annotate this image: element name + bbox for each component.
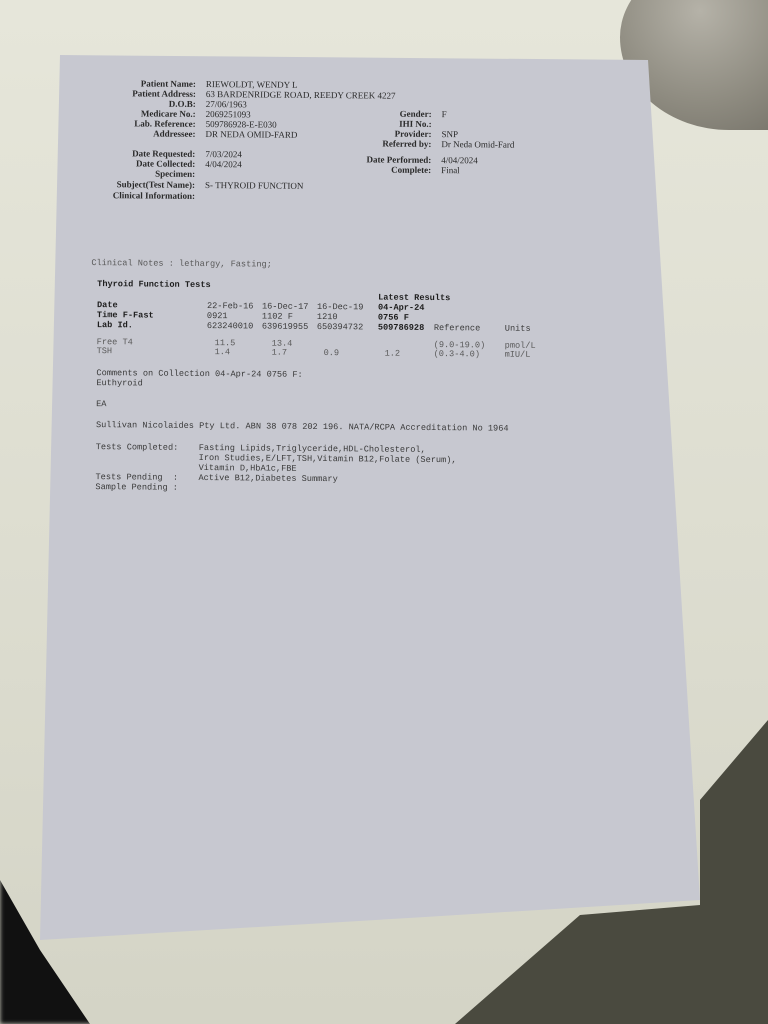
tests-completed-label: Tests Completed: bbox=[96, 442, 179, 453]
label-clinical-information: Clinical Information: bbox=[113, 190, 195, 201]
column-4-time: 0756 F bbox=[378, 313, 409, 323]
column-2-date: 16-Dec-17 bbox=[262, 302, 309, 312]
label-gender: Gender: bbox=[400, 109, 432, 119]
label-referred-by: Referred by: bbox=[382, 139, 431, 149]
section-title: Thyroid Function Tests bbox=[97, 279, 211, 290]
column-2-time: 1102 F bbox=[262, 312, 293, 322]
row-label-lab-id: Lab Id. bbox=[97, 320, 133, 330]
label-date-collected: Date Collected: bbox=[136, 158, 195, 169]
column-1-lab-id: 623240010 bbox=[207, 321, 254, 331]
units-header: Units bbox=[505, 324, 531, 334]
lab-reference: 509786928-E-E030 bbox=[206, 119, 277, 130]
label-provider: Provider: bbox=[395, 129, 432, 139]
latest-results-label: Latest Results bbox=[378, 293, 450, 304]
comment-text: Euthyroid bbox=[96, 378, 143, 388]
clinical-notes: Clinical Notes : lethargy, Fasting; bbox=[91, 258, 272, 270]
date-requested: 7/03/2024 bbox=[205, 149, 242, 159]
column-4-date: 04-Apr-24 bbox=[378, 303, 425, 313]
test-value: 1.4 bbox=[215, 347, 231, 357]
reference-header: Reference bbox=[434, 323, 481, 333]
medicare-number: 2069251093 bbox=[206, 109, 251, 119]
tests-pending: Active B12,Diabetes Summary bbox=[198, 473, 337, 484]
initials: EA bbox=[96, 399, 106, 409]
test-value: 0.9 bbox=[324, 348, 340, 358]
addressee: DR NEDA OMID-FARD bbox=[205, 129, 297, 140]
dob: 27/06/1963 bbox=[206, 99, 247, 109]
date-collected: 4/04/2024 bbox=[205, 159, 242, 169]
label-patient-name: Patient Name: bbox=[141, 78, 196, 88]
label-medicare: Medicare No.: bbox=[141, 108, 196, 118]
test-value: 1.2 bbox=[385, 349, 401, 359]
label-complete: Complete: bbox=[391, 165, 431, 175]
label-ihi: IHI No.: bbox=[399, 119, 432, 129]
label-subject: Subject(Test Name): bbox=[117, 179, 195, 190]
complete-status: Final bbox=[441, 165, 460, 175]
column-3-lab-id: 650394732 bbox=[317, 322, 364, 332]
label-patient-address: Patient Address: bbox=[132, 88, 196, 99]
test-reference: (0.3-4.0) bbox=[434, 349, 481, 359]
column-3-date: 16-Dec-19 bbox=[317, 302, 364, 312]
column-1-time: 0921 bbox=[207, 311, 228, 321]
label-specimen: Specimen: bbox=[155, 169, 195, 179]
provider: SNP bbox=[441, 129, 458, 139]
column-1-date: 22-Feb-16 bbox=[207, 301, 254, 311]
column-3-time: 1210 bbox=[317, 312, 338, 322]
column-2-lab-id: 639619955 bbox=[262, 322, 309, 332]
row-label-date: Date bbox=[97, 300, 118, 310]
subject-test-name: S- THYROID FUNCTION bbox=[205, 180, 303, 191]
label-dob: D.O.B: bbox=[169, 99, 196, 109]
date-performed: 4/04/2024 bbox=[441, 155, 478, 165]
sample-pending-label: Sample Pending : bbox=[95, 482, 178, 493]
gender: F bbox=[442, 109, 447, 119]
label-date-requested: Date Requested: bbox=[132, 148, 195, 159]
label-date-performed: Date Performed: bbox=[367, 154, 432, 165]
column-4-lab-id: 509786928 bbox=[378, 323, 425, 333]
test-value: 1.7 bbox=[272, 348, 288, 358]
test-name: TSH bbox=[97, 346, 113, 356]
row-label-time: Time F-Fast bbox=[97, 310, 154, 320]
label-addressee: Addressee: bbox=[153, 129, 195, 139]
label-lab-reference: Lab. Reference: bbox=[134, 118, 195, 129]
referred-by: Dr Neda Omid-Fard bbox=[441, 139, 514, 150]
test-units: mIU/L bbox=[505, 350, 531, 360]
